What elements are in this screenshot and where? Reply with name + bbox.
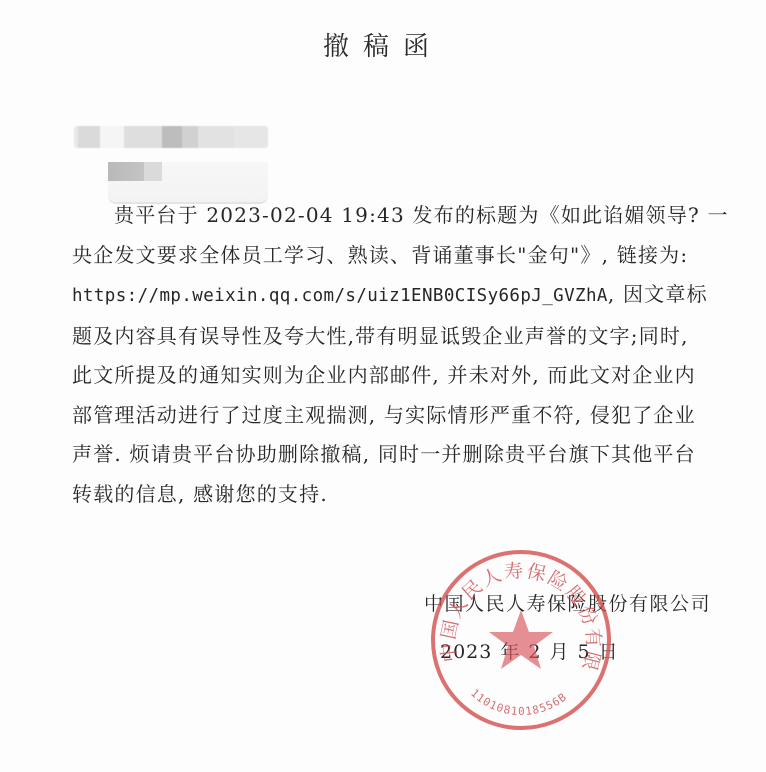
date-month-label: 月 <box>549 641 569 663</box>
body-line-5: 此文所提及的通知实则为企业内部邮件, 并未对外, 而此文对企业内 <box>72 356 702 396</box>
date-day-label: 日 <box>599 641 619 663</box>
date-year-label: 年 <box>500 641 520 663</box>
body-line-6: 部管理活动进行了过度主观揣测, 与实际情形严重不符, 侵犯了企业 <box>72 396 702 436</box>
svg-text:1101081018556B: 1101081018556B <box>468 686 569 718</box>
body-line-4: 题及内容具有误导性及夸大性,带有明显诋毁企业声誉的文字;同时, <box>72 317 702 357</box>
body-line-3-suffix: , 因文章标 <box>608 282 708 306</box>
body-line-1: 贵平台于 2023-02-04 19:43 发布的标题为《如此谄媚领导? 一 <box>72 196 702 236</box>
signature-date: 2023年2月5日 <box>440 637 619 664</box>
body-line-7: 声誉. 烦请贵平台协助删除撤稿, 同时一并删除贵平台旗下其他平台 <box>72 435 702 475</box>
document-title: 撤稿函 <box>0 26 766 63</box>
signatory-company: 中国人民人寿保险股份有限公司 <box>424 589 711 616</box>
letter-body: 贵平台于 2023-02-04 19:43 发布的标题为《如此谄媚领导? 一 央… <box>72 196 702 514</box>
date-year: 2023 <box>440 641 492 663</box>
date-day: 5 <box>577 641 590 663</box>
article-link[interactable]: https://mp.weixin.qq.com/s/uiz1ENB0CISy6… <box>72 286 608 306</box>
body-line-8: 转载的信息, 感谢您的支持. <box>72 475 702 515</box>
body-line-3: https://mp.weixin.qq.com/s/uiz1ENB0CISy6… <box>72 275 702 317</box>
redacted-addressee-fragment <box>108 162 162 181</box>
redacted-addressee-line <box>74 126 268 148</box>
seal-code-text: 1101081018556B <box>468 686 569 718</box>
body-line-2: 央企发文要求全体员工学习、熟读、背诵董事长"金句"》, 链接为: <box>72 236 702 276</box>
date-month: 2 <box>528 641 541 663</box>
document-page: 撤稿函 贵平台于 2023-02-04 19:43 发布的标题为《如此谄媚领导?… <box>0 0 766 772</box>
